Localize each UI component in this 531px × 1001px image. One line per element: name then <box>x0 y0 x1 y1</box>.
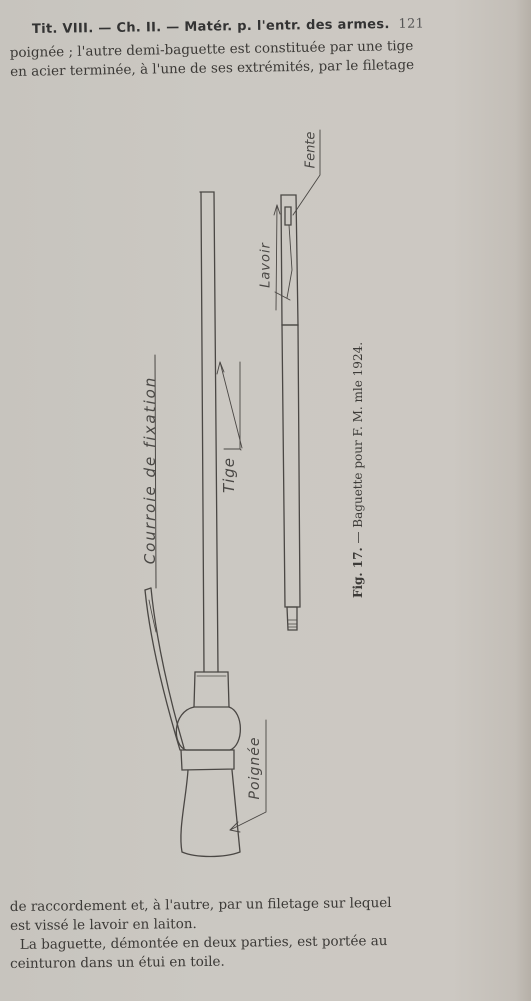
caption-text: — Baguette pour F. M. mle 1924. <box>351 342 365 544</box>
label-poignee: Poignée <box>247 737 263 800</box>
figure-caption: Fig. 17. — Baguette pour F. M. mle 1924. <box>351 342 365 598</box>
paragraph-continued: de raccordement et, à l'autre, par un fi… <box>10 893 460 936</box>
book-page: Tit. VIII. — Ch. II. — Matér. p. l'entr.… <box>0 0 531 1001</box>
label-courroie: Courroie de fixation <box>141 376 159 565</box>
paragraph-last: La baguette, démontée en deux parties, e… <box>10 931 460 974</box>
label-tige: Tige <box>220 457 238 493</box>
figure-17: Courroie de fixation Tige Lavoir Fente P… <box>0 0 531 1001</box>
caption-number: Fig. 17. <box>351 547 365 598</box>
text-line-content: La baguette, démontée en deux parties, e… <box>20 933 388 953</box>
label-fente: Fente <box>304 132 319 169</box>
label-lavoir: Lavoir <box>259 242 274 288</box>
baguette-drawing <box>0 0 531 1001</box>
rod-outline <box>200 192 218 672</box>
